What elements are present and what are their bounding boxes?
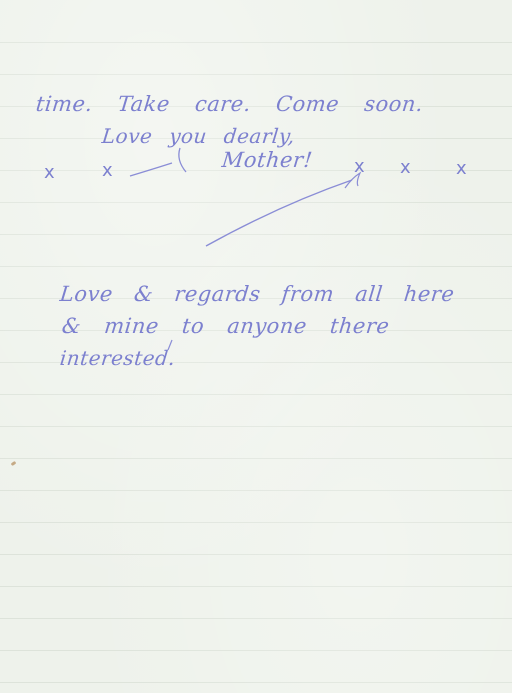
signature: Mother! xyxy=(221,148,314,172)
kiss-mark: x xyxy=(102,160,113,181)
kiss-mark: x xyxy=(44,162,55,183)
postscript-line-1: Love & regards from all here xyxy=(59,282,456,306)
closing-line-1: time. Take care. Come soon. xyxy=(35,92,425,116)
kiss-mark: x xyxy=(400,157,411,178)
postscript-line-3: interested. xyxy=(59,346,177,370)
closing-line-2: Love you dearly, xyxy=(101,124,296,148)
postscript-line-2: & mine to anyone there xyxy=(61,314,391,338)
kiss-mark: x xyxy=(354,156,365,177)
signature-underline-stroke xyxy=(206,180,352,246)
kiss-mark: x xyxy=(456,158,467,179)
